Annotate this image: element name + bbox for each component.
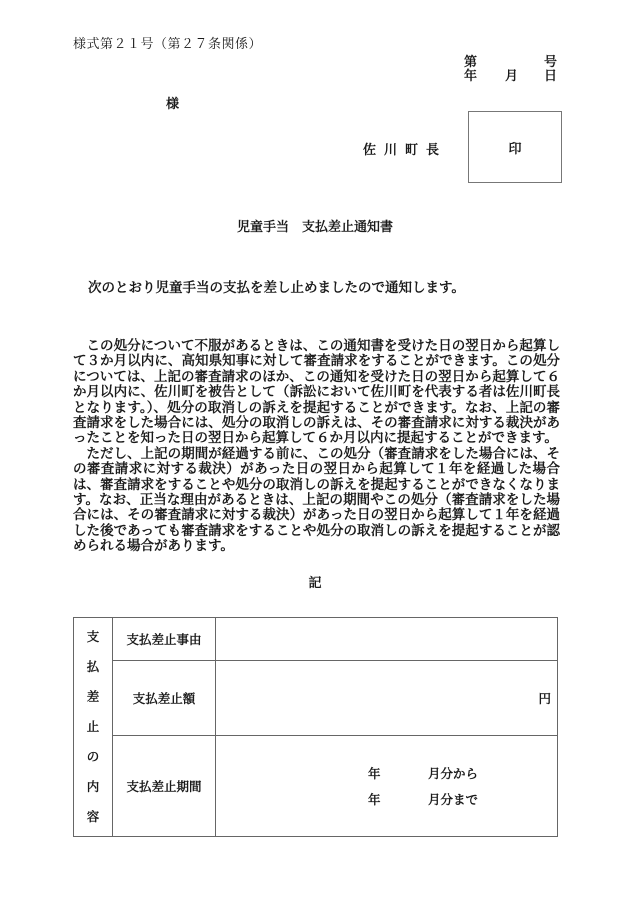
lead-sentence: 次のとおり児童手当の支払を差し止めましたので通知します。 <box>88 276 465 296</box>
seal-label: 印 <box>508 138 521 157</box>
appeal-paragraph-2: ただし、上記の期間が経過する前に、この処分（審査請求をした場合には、その審査請求… <box>73 447 560 555</box>
period-from-month: 月分から <box>428 764 478 782</box>
appeal-paragraph-1: この処分について不服があるときは、この通知書を受けた日の翌日から起算して３か月以… <box>73 339 560 447</box>
date-month: 月 <box>505 65 518 84</box>
appeal-notice: この処分について不服があるときは、この通知書を受けた日の翌日から起算して３か月以… <box>73 339 560 555</box>
form-number: 様式第２１号（第２７条関係） <box>73 33 262 52</box>
table-row-reason: 支 払 差 止 の 内 容 支払差止事由 <box>74 618 558 661</box>
date-year: 年 <box>464 65 477 84</box>
reason-label: 支払差止事由 <box>113 618 216 661</box>
date-day: 日 <box>544 65 557 84</box>
period-to-month: 月分まで <box>428 790 478 808</box>
suspension-details-table: 支 払 差 止 の 内 容 支払差止事由 支払差止額 円 支払差止期間 年 月分… <box>73 617 558 837</box>
period-from: 年 月分から <box>368 760 557 786</box>
group-label-char: の <box>74 742 112 772</box>
period-from-year: 年 <box>368 764 428 782</box>
document-title: 児童手当 支払差止通知書 <box>0 216 630 235</box>
period-label: 支払差止期間 <box>113 736 216 837</box>
group-label-char: 内 <box>74 772 112 802</box>
amount-label: 支払差止額 <box>113 661 216 736</box>
table-row-amount: 支払差止額 円 <box>74 661 558 736</box>
group-label-char: 差 <box>74 682 112 712</box>
addressee-suffix: 様 <box>166 93 179 112</box>
seal-box: 印 <box>468 111 562 183</box>
group-label-char: 容 <box>74 802 112 832</box>
group-label-char: 支 <box>74 622 112 652</box>
amount-value: 円 <box>216 661 558 736</box>
group-label: 支 払 差 止 の 内 容 <box>74 618 113 837</box>
issuer-name: 佐川町長 <box>363 139 447 158</box>
period-to: 年 月分まで <box>368 786 557 812</box>
group-label-char: 止 <box>74 712 112 742</box>
ki-heading: 記 <box>0 572 630 591</box>
amount-unit: 円 <box>538 691 551 706</box>
reason-value <box>216 618 558 661</box>
table-row-period: 支払差止期間 年 月分から 年 月分まで <box>74 736 558 837</box>
period-to-year: 年 <box>368 790 428 808</box>
period-value: 年 月分から 年 月分まで <box>216 736 558 837</box>
group-label-char: 払 <box>74 652 112 682</box>
